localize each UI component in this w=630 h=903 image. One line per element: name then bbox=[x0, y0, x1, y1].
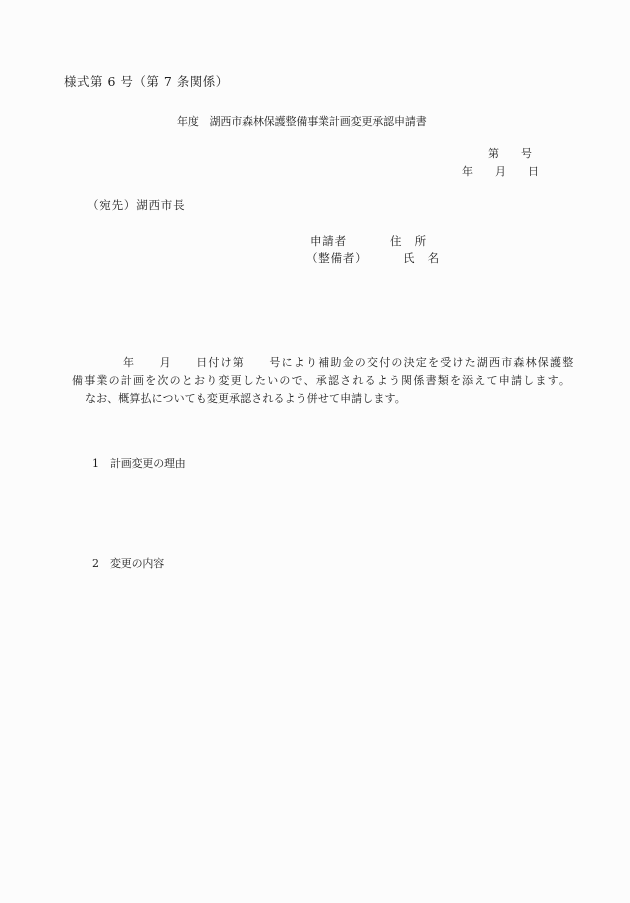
body-paragraph-line-2: 備事業の計画を次のとおり変更したいので、承認されるよう関係書類を添えて申請します… bbox=[72, 374, 571, 388]
form-number: 様式第 6 号（第 7 条関係） bbox=[64, 74, 229, 90]
section-2-heading: 変更の内容 bbox=[110, 557, 164, 570]
section-1: 1計画変更の理由 bbox=[78, 443, 186, 484]
body-paragraph-line-1: 年 月 日付け第 号により補助金の交付の決定を受けた湖西市森林保護整 bbox=[123, 356, 574, 370]
applicant-role-label: 申請者 bbox=[310, 234, 347, 248]
applicant-address-label: 住 所 bbox=[390, 234, 427, 248]
document-page: 様式第 6 号（第 7 条関係） 年度 湖西市森林保護整備事業計画変更承認申請書… bbox=[0, 0, 630, 903]
section-1-number: 1 bbox=[92, 457, 99, 470]
body-paragraph-line-3: なお、概算払についても変更承認されるよう併せて申請します。 bbox=[85, 392, 406, 406]
document-title: 年度 湖西市森林保護整備事業計画変更承認申請書 bbox=[177, 115, 427, 129]
recipient-line: （宛先）湖西市長 bbox=[87, 198, 185, 212]
section-2-number: 2 bbox=[92, 557, 99, 570]
section-2: 2変更の内容 bbox=[78, 543, 164, 584]
issue-number-placeholder: 第 号 bbox=[488, 147, 532, 161]
section-1-heading: 計画変更の理由 bbox=[110, 457, 186, 470]
issue-date-placeholder: 年 月 日 bbox=[462, 165, 539, 179]
applicant-role-alt-label: （整備者） bbox=[306, 251, 368, 265]
applicant-name-label: 氏 名 bbox=[403, 251, 440, 265]
